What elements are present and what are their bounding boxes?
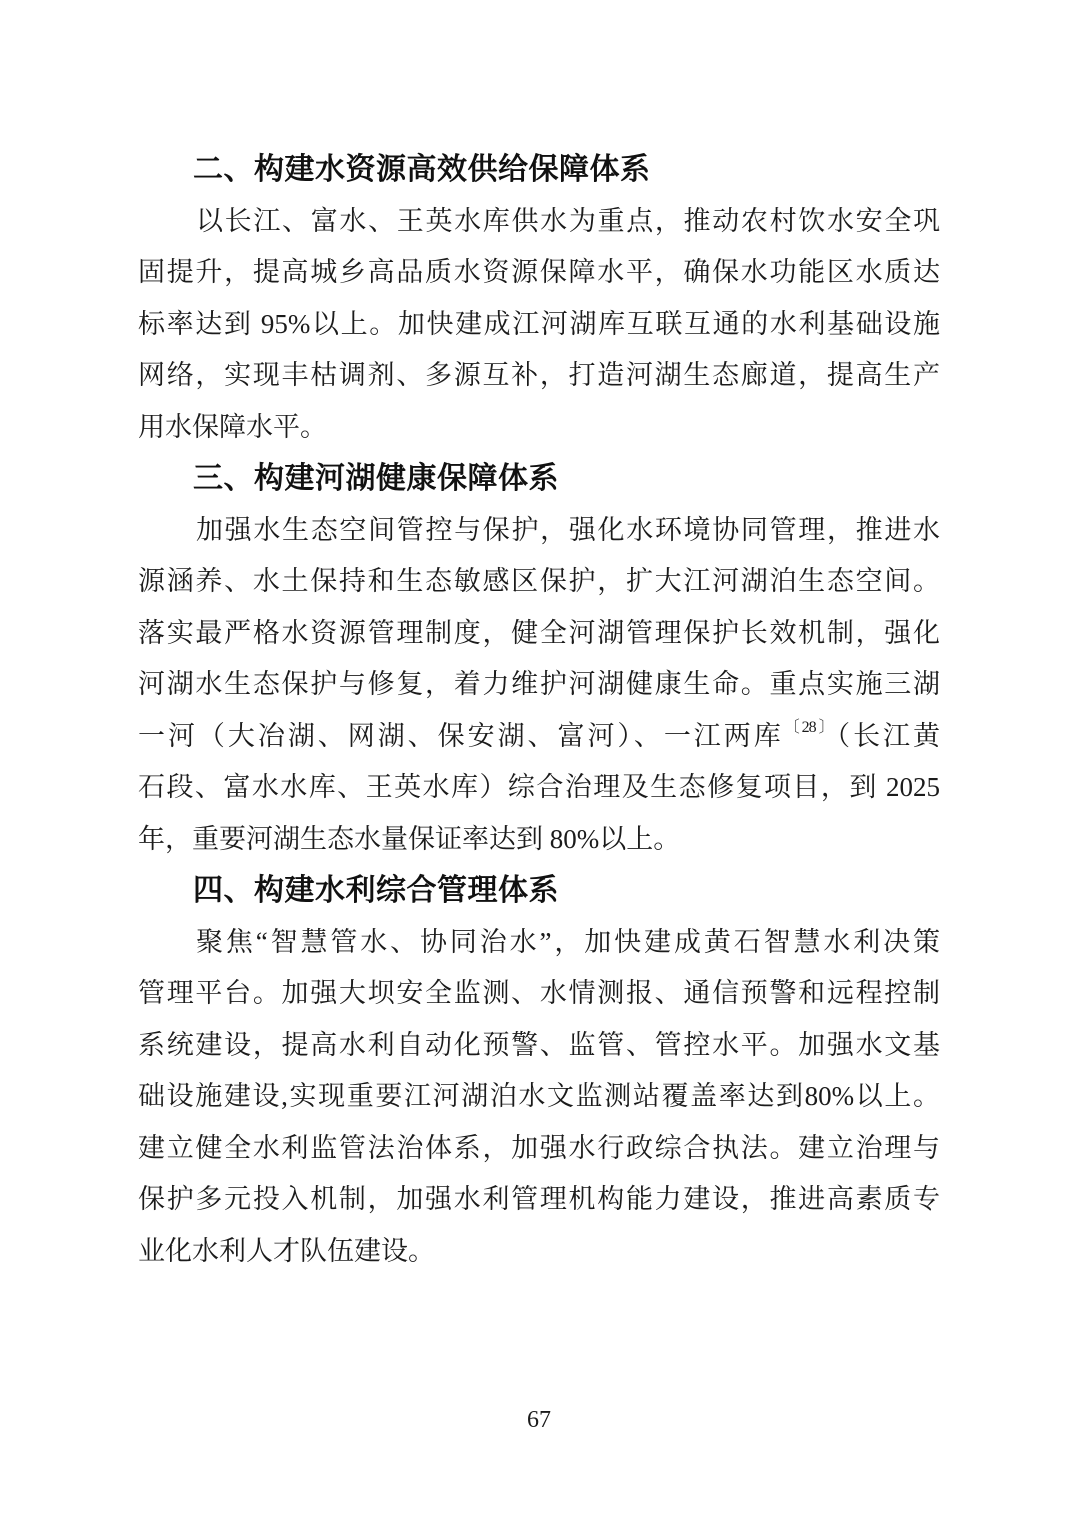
paragraph-line: 建立健全水利监管法治体系，加强水行政综合执法。建立治理与: [138, 1123, 940, 1175]
paragraph-line: 系统建设，提高水利自动化预警、监管、管控水平。加强水文基: [138, 1020, 940, 1072]
line-text-pre: 一河（大冶湖、网湖、保安湖、富河）、一江两库: [138, 721, 784, 751]
section-heading-2: 二、构建水资源高效供给保障体系: [138, 144, 940, 196]
paragraph-line: 年，重要河湖生态水量保证率达到 80%以上。: [138, 814, 940, 866]
paragraph-line: 加强水生态空间管控与保护，强化水环境协同管理，推进水: [138, 505, 940, 557]
paragraph-line: 用水保障水平。: [138, 402, 940, 454]
section-heading-3: 三、构建河湖健康保障体系: [138, 453, 940, 505]
paragraph-line-with-footnote: 一河（大冶湖、网湖、保安湖、富河）、一江两库〔28〕（长江黄: [138, 711, 940, 763]
paragraph-line: 落实最严格水资源管理制度，健全河湖管理保护长效机制，强化: [138, 608, 940, 660]
page-number: 67: [138, 1408, 940, 1433]
paragraph-line: 固提升，提高城乡高品质水资源保障水平，确保水功能区水质达: [138, 247, 940, 299]
section-heading-4: 四、构建水利综合管理体系: [138, 865, 940, 917]
paragraph-line: 网络，实现丰枯调剂、多源互补，打造河湖生态廊道，提高生产: [138, 350, 940, 402]
footnote-ref-28: 〔28〕: [784, 719, 837, 736]
paragraph-line: 管理平台。加强大坝安全监测、水情测报、通信预警和远程控制: [138, 968, 940, 1020]
paragraph-line: 源涵养、水土保持和生态敏感区保护，扩大江河湖泊生态空间。: [138, 556, 940, 608]
paragraph-line: 础设施建设,实现重要江河湖泊水文监测站覆盖率达到80%以上。: [138, 1071, 940, 1123]
paragraph-line: 聚焦“智慧管水、协同治水”，加快建成黄石智慧水利决策: [138, 917, 940, 969]
line-text-post: （长江黄: [837, 721, 940, 751]
paragraph-line: 河湖水生态保护与修复，着力维护河湖健康生命。重点实施三湖: [138, 659, 940, 711]
paragraph-line: 标率达到 95%以上。加快建成江河湖库互联互通的水利基础设施: [138, 299, 940, 351]
paragraph-line: 保护多元投入机制，加强水利管理机构能力建设，推进高素质专: [138, 1174, 940, 1226]
document-page: 二、构建水资源高效供给保障体系 以长江、富水、王英水库供水为重点，推动农村饮水安…: [0, 0, 1074, 1520]
paragraph-line: 以长江、富水、王英水库供水为重点，推动农村饮水安全巩: [138, 196, 940, 248]
paragraph-line: 石段、富水水库、王英水库）综合治理及生态修复项目，到 2025: [138, 762, 940, 814]
paragraph-line: 业化水利人才队伍建设。: [138, 1226, 940, 1278]
